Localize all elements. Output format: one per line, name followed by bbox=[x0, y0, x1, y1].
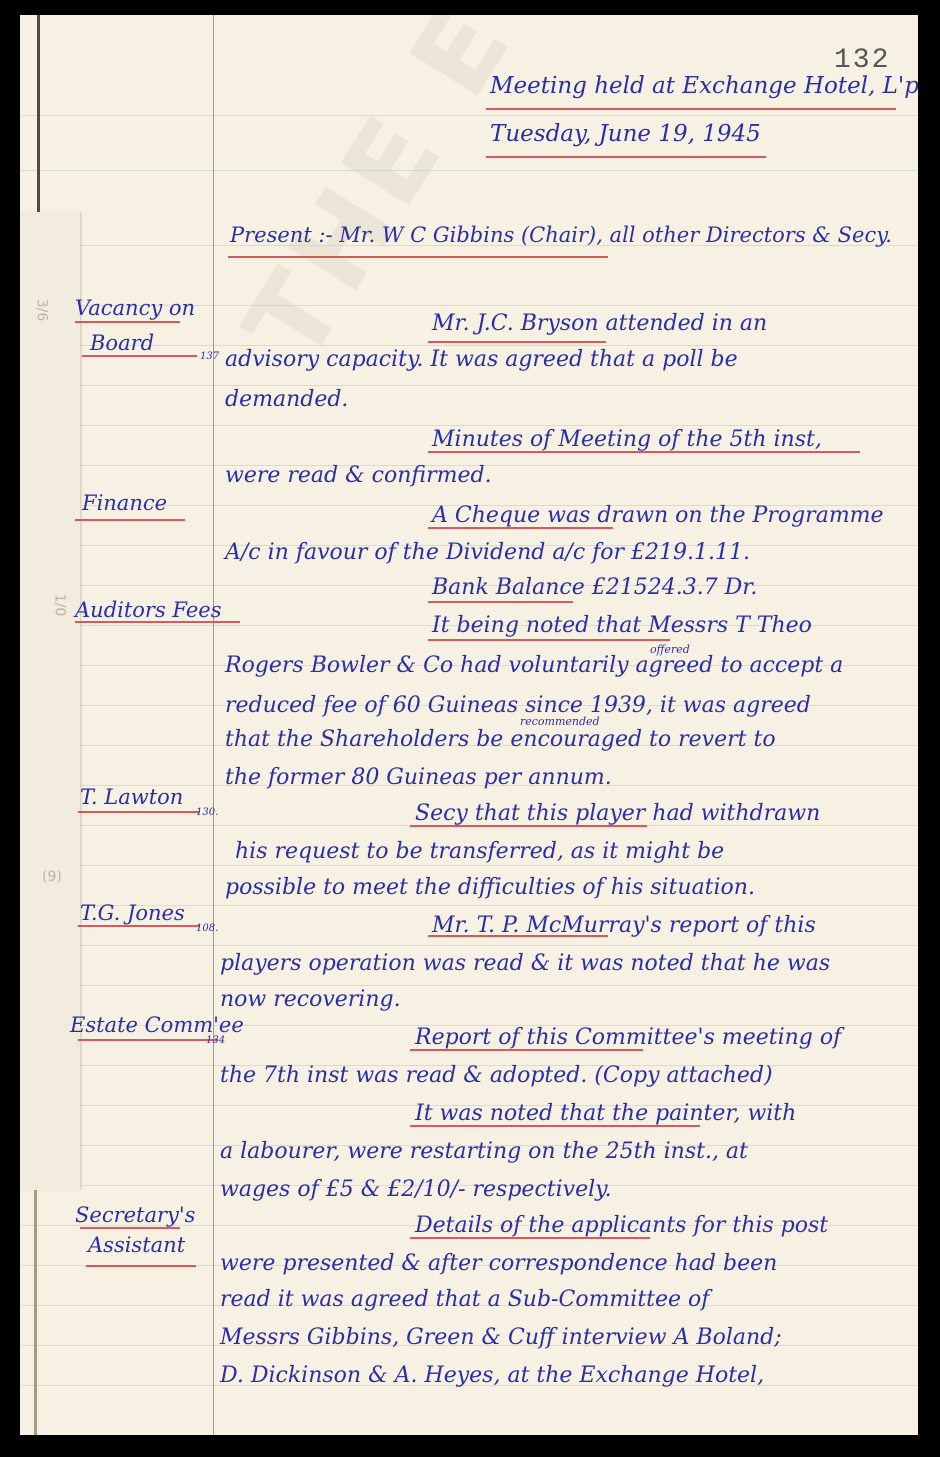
body-line: players operation was read & it was note… bbox=[220, 953, 830, 975]
body-line: Mr. J.C. Bryson attended in an bbox=[432, 313, 767, 335]
margin-ref: 108. bbox=[196, 923, 218, 934]
margin-underline bbox=[80, 1227, 180, 1229]
body-line: the 7th inst was read & adopted. (Copy a… bbox=[220, 1065, 773, 1087]
margin-underline bbox=[75, 321, 180, 323]
body-line: Mr. T. P. McMurray's report of this bbox=[432, 915, 816, 937]
body-line: It being noted that Messrs T Theo bbox=[432, 615, 812, 637]
date-underline bbox=[486, 156, 766, 158]
body-line: Rogers Bowler & Co had voluntarily agree… bbox=[225, 655, 843, 677]
body-line: demanded. bbox=[225, 389, 348, 411]
present-line: Present :- Mr. W C Gibbins (Chair), all … bbox=[230, 225, 892, 246]
tab-mark: 3/6 bbox=[33, 299, 49, 322]
margin-underline bbox=[82, 355, 197, 357]
body-underline bbox=[410, 825, 647, 827]
body-line: Minutes of Meeting of the 5th inst, bbox=[432, 429, 822, 451]
body-line: his request to be transferred, as it mig… bbox=[235, 841, 724, 863]
body-underline bbox=[428, 639, 670, 641]
margin-heading-finance: Finance bbox=[82, 493, 167, 514]
margin-underline bbox=[78, 811, 200, 813]
folded-tab: 3/6 1/0 (9) bbox=[20, 212, 81, 1190]
meeting-date: Tuesday, June 19, 1945 bbox=[490, 123, 761, 146]
present-underline bbox=[228, 256, 608, 258]
body-line: a labourer, were restarting on the 25th … bbox=[220, 1141, 748, 1163]
body-line: that the Shareholders be encouraged to r… bbox=[225, 729, 776, 751]
body-line: advisory capacity. It was agreed that a … bbox=[225, 349, 738, 371]
margin-line bbox=[213, 15, 214, 1435]
margin-underline bbox=[78, 925, 200, 927]
body-line: were read & confirmed. bbox=[225, 465, 492, 487]
meeting-heading: Meeting held at Exchange Hotel, L'pool, bbox=[490, 75, 918, 98]
margin-underline bbox=[75, 519, 185, 521]
margin-ref: 134 bbox=[206, 1035, 225, 1046]
margin-heading-estate-committee: Estate Comm'ee bbox=[70, 1015, 244, 1036]
body-line: A Cheque was drawn on the Programme bbox=[432, 505, 884, 527]
body-underline bbox=[428, 451, 860, 453]
body-line: Bank Balance £21524.3.7 Dr. bbox=[432, 577, 757, 599]
ruled-line bbox=[20, 385, 918, 386]
body-line: Messrs Gibbins, Green & Cuff interview A… bbox=[220, 1327, 782, 1349]
body-line: wages of £5 & £2/10/- respectively. bbox=[220, 1179, 612, 1201]
body-underline bbox=[428, 935, 608, 937]
body-line: Secy that this player had withdrawn bbox=[415, 803, 820, 825]
margin-heading-assistant: Assistant bbox=[88, 1235, 185, 1256]
body-underline bbox=[410, 1237, 650, 1239]
margin-ref: 137 bbox=[200, 351, 219, 362]
body-underline bbox=[428, 341, 606, 343]
ruled-line bbox=[20, 985, 918, 986]
margin-heading-t-lawton: T. Lawton bbox=[80, 787, 183, 808]
body-underline bbox=[410, 1049, 643, 1051]
body-line: D. Dickinson & A. Heyes, at the Exchange… bbox=[220, 1365, 764, 1387]
body-line: were presented & after correspondence ha… bbox=[220, 1253, 777, 1275]
body-line: possible to meet the difficulties of his… bbox=[225, 877, 755, 899]
body-line: It was noted that the painter, with bbox=[415, 1103, 796, 1125]
margin-underline bbox=[78, 1039, 218, 1041]
page-number: 132 bbox=[834, 45, 890, 76]
margin-ref: 130. bbox=[196, 807, 218, 818]
margin-heading-secretarys: Secretary's bbox=[75, 1205, 195, 1226]
ruled-line bbox=[20, 425, 918, 426]
body-line: Report of this Committee's meeting of bbox=[415, 1027, 841, 1049]
heading-underline bbox=[486, 108, 896, 110]
ruled-line bbox=[20, 345, 918, 346]
ledger-page: THE EVERTON COLLECTION CHARITABLE TRUST … bbox=[20, 15, 918, 1435]
body-underline bbox=[428, 601, 573, 603]
body-underline bbox=[428, 527, 613, 529]
margin-underline bbox=[86, 1265, 196, 1267]
body-line: Details of the applicants for this post bbox=[415, 1215, 828, 1237]
body-line: A/c in favour of the Dividend a/c for £2… bbox=[225, 542, 750, 564]
margin-heading-auditors-fees: Auditors Fees bbox=[75, 600, 221, 621]
margin-heading-board: Board bbox=[90, 333, 154, 354]
book-spine-lower bbox=[34, 1173, 37, 1435]
margin-heading-vacancy: Vacancy on bbox=[75, 298, 195, 319]
book-spine bbox=[37, 15, 40, 212]
body-underline bbox=[410, 1125, 700, 1127]
body-line: reduced fee of 60 Guineas since 1939, it… bbox=[225, 695, 811, 717]
tab-mark: 1/0 bbox=[51, 594, 67, 617]
body-line: now recovering. bbox=[220, 989, 401, 1011]
ruled-line bbox=[20, 865, 918, 866]
body-line: the former 80 Guineas per annum. bbox=[225, 767, 612, 789]
margin-heading-tg-jones: T.G. Jones bbox=[80, 903, 185, 924]
ruled-line bbox=[20, 170, 918, 171]
tab-mark: (9) bbox=[42, 869, 62, 885]
margin-underline bbox=[75, 621, 240, 623]
body-line: read it was agreed that a Sub-Committee … bbox=[220, 1289, 709, 1311]
ruled-line bbox=[20, 945, 918, 946]
